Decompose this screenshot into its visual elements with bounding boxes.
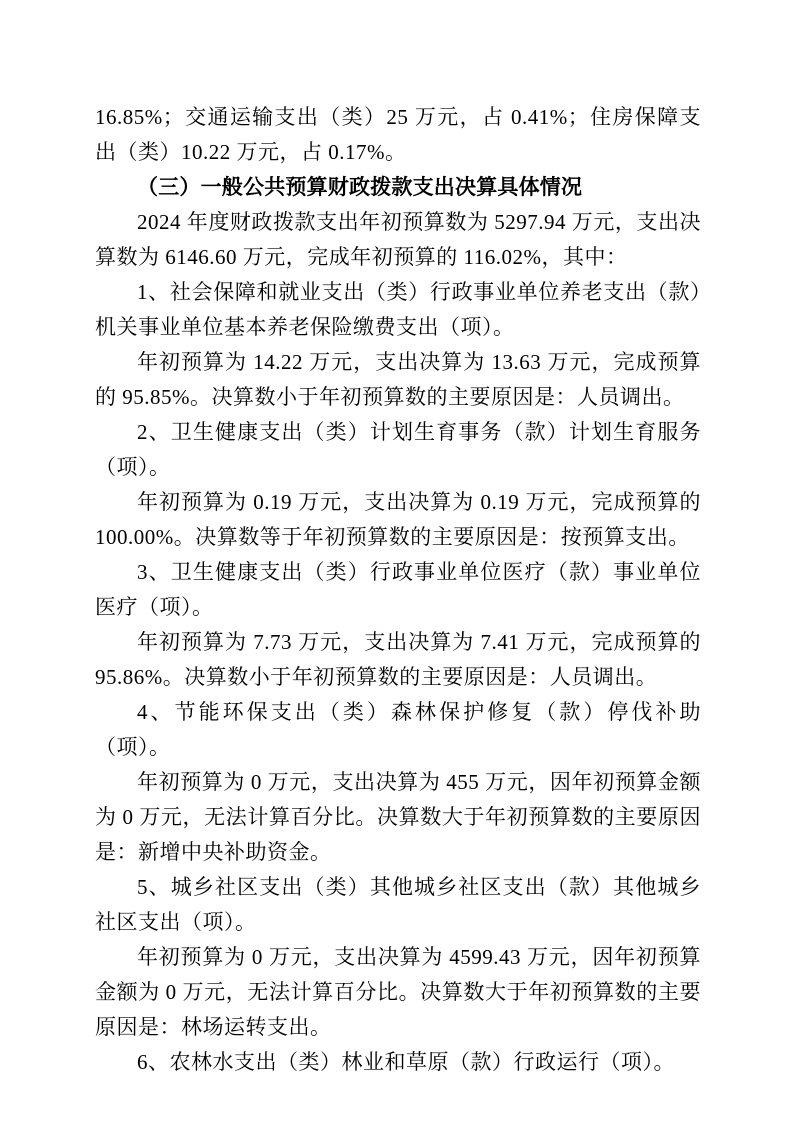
paragraph-item-6-title: 6、农林水支出（类）林业和草原（款）行政运行（项）。 xyxy=(95,1045,701,1080)
section-heading-3: （三）一般公共预算财政拨款支出决算具体情况 xyxy=(95,170,701,205)
paragraph-budget-share-continuation: 16.85%；交通运输支出（类）25 万元，占 0.41%；住房保障支出（类）1… xyxy=(95,100,701,170)
document-page: 16.85%；交通运输支出（类）25 万元，占 0.41%；住房保障支出（类）1… xyxy=(0,0,793,1122)
paragraph-item-1-title: 1、社会保障和就业支出（类）行政事业单位养老支出（款）机关事业单位基本养老保险缴… xyxy=(95,275,701,345)
paragraph-overview-2024: 2024 年度财政拨款支出年初预算数为 5297.94 万元，支出决算数为 61… xyxy=(95,205,701,275)
paragraph-item-3-detail: 年初预算为 7.73 万元，支出决算为 7.41 万元，完成预算的 95.86%… xyxy=(95,625,701,695)
paragraph-item-2-title: 2、卫生健康支出（类）计划生育事务（款）计划生育服务（项）。 xyxy=(95,415,701,485)
document-body: 16.85%；交通运输支出（类）25 万元，占 0.41%；住房保障支出（类）1… xyxy=(95,100,701,1080)
paragraph-item-2-detail: 年初预算为 0.19 万元，支出决算为 0.19 万元，完成预算的 100.00… xyxy=(95,485,701,555)
paragraph-item-4-detail: 年初预算为 0 万元，支出决算为 455 万元，因年初预算金额为 0 万元，无法… xyxy=(95,765,701,870)
paragraph-item-1-detail: 年初预算为 14.22 万元，支出决算为 13.63 万元，完成预算的 95.8… xyxy=(95,345,701,415)
paragraph-item-3-title: 3、卫生健康支出（类）行政事业单位医疗（款）事业单位医疗（项）。 xyxy=(95,555,701,625)
paragraph-item-4-title: 4、节能环保支出（类）森林保护修复（款）停伐补助（项）。 xyxy=(95,695,701,765)
paragraph-item-5-title: 5、城乡社区支出（类）其他城乡社区支出（款）其他城乡社区支出（项）。 xyxy=(95,870,701,940)
paragraph-item-5-detail: 年初预算为 0 万元，支出决算为 4599.43 万元，因年初预算金额为 0 万… xyxy=(95,940,701,1045)
